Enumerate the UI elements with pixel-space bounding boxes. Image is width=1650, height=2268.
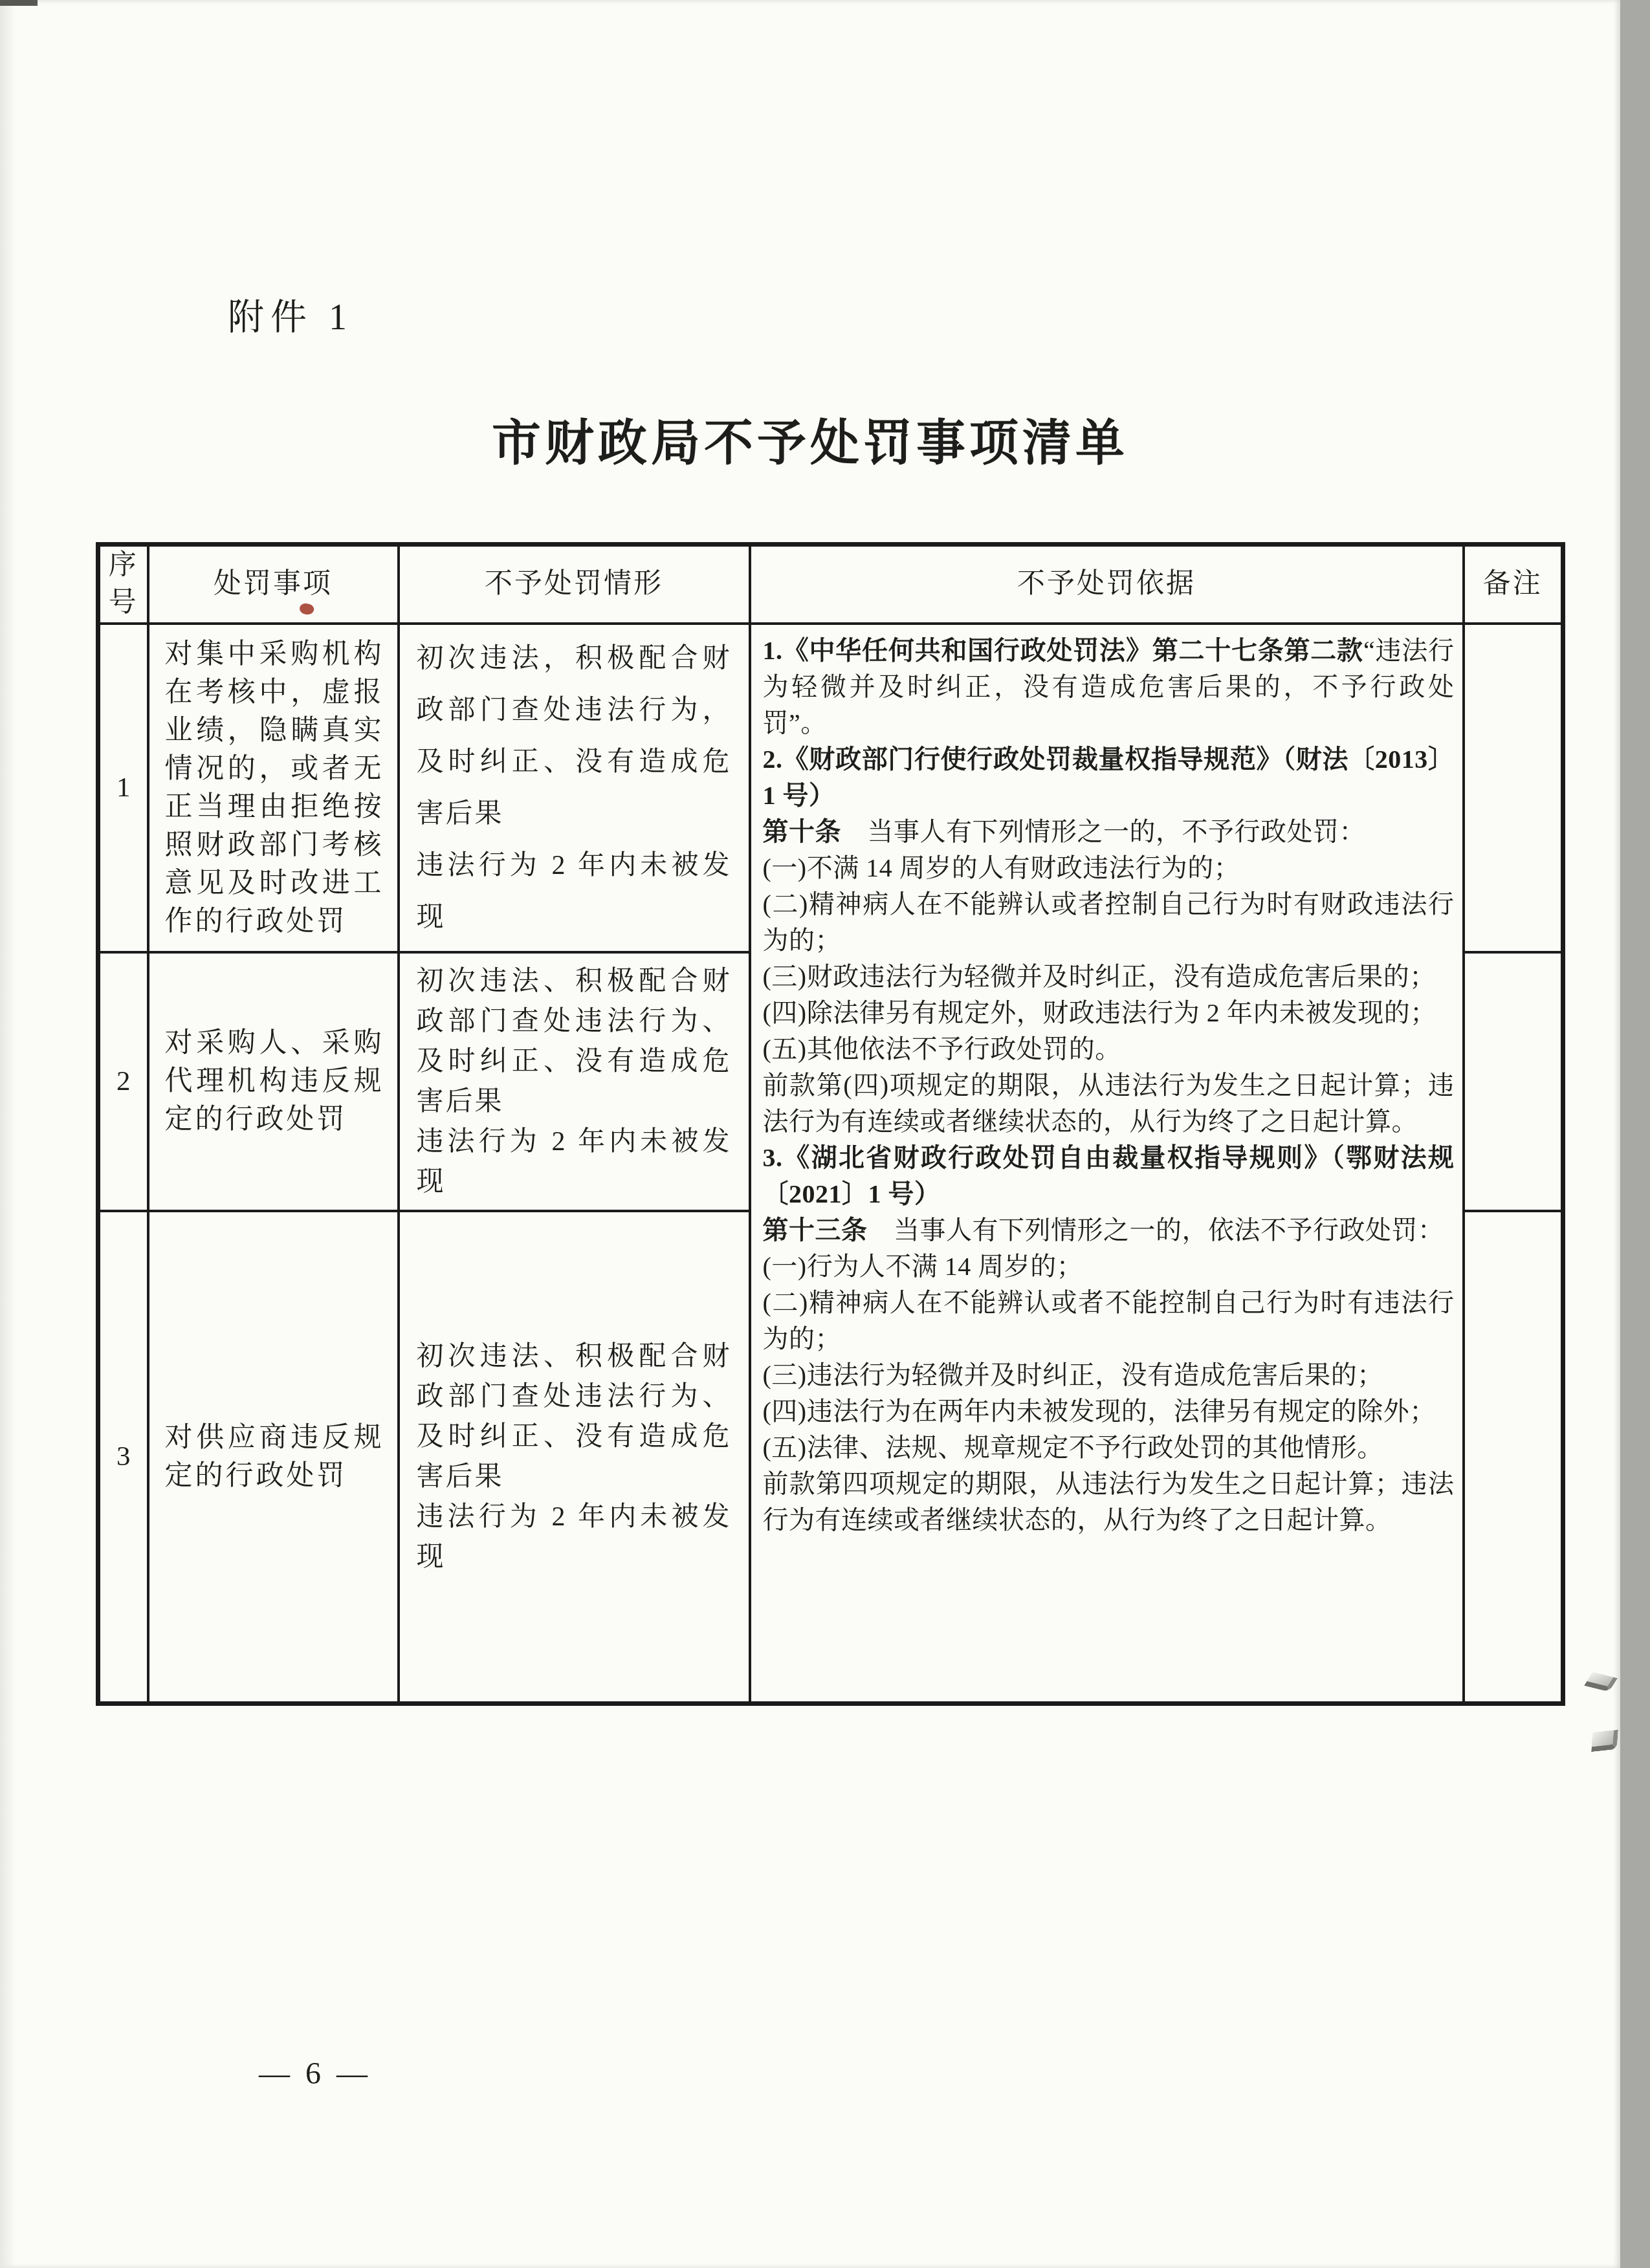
row-2-penalty-item: 对采购人、采购代理机构违反规定的行政处罚 (148, 952, 399, 1211)
legal-basis-paragraph: 第十三条 当事人有下列情形之一的，依法不予行政处罚： (763, 1212, 1455, 1248)
penalty-exemption-table: 序 号 处罚事项 不予处罚情形 不予处罚依据 备注 1 对集中采购机构在考核中，… (96, 542, 1565, 1706)
legal-basis-paragraph: 3.《湖北省财政行政处罚自由裁量权指导规则》（鄂财法规〔2021〕1 号） (763, 1140, 1455, 1212)
row-2-penalty-item-text: 对采购人、采购代理机构违反规定的行政处罚 (165, 1024, 384, 1139)
page-number: — 6 — (259, 2056, 371, 2091)
header-item-label: 处罚事项 (214, 569, 333, 599)
row-1-index: 1 (98, 624, 148, 952)
row-1-remark (1464, 624, 1563, 952)
legal-basis-paragraph: 1.《中华任何共和国行政处罚法》第二十七条第二款“违法行为轻微并及时纠正，没有造… (763, 633, 1455, 741)
header-cell-remark: 备注 (1464, 545, 1563, 624)
legal-basis-paragraph: (五)其他依法不予行政处罚的。 (763, 1031, 1455, 1067)
header-cell-index: 序 号 (98, 545, 148, 624)
document-title: 市财政局不予处罚事项清单 (0, 404, 1620, 474)
row-3-circumstance-line-1: 初次违法、积极配合财政部门查处违法行为、及时纠正、没有造成危害后果 (417, 1336, 732, 1497)
legal-basis-paragraph: 第十条 当事人有下列情形之一的，不予行政处罚： (763, 814, 1455, 850)
row-3-penalty-item: 对供应商违反规定的行政处罚 (148, 1211, 399, 1704)
legal-basis-paragraph: (二)精神病人在不能辨认或者不能控制自己行为时有违法行为的； (763, 1285, 1455, 1357)
legal-basis-cell: 1.《中华任何共和国行政处罚法》第二十七条第二款“违法行为轻微并及时纠正，没有造… (750, 624, 1464, 1704)
attachment-label: 附件 1 (228, 289, 353, 340)
row-3-penalty-item-text: 对供应商违反规定的行政处罚 (165, 1419, 384, 1495)
legal-basis-paragraph: (四)违法行为在两年内未被发现的，法律另有规定的除外； (763, 1393, 1455, 1430)
legal-basis-paragraph: 2.《财政部门行使行政处罚裁量权指导规范》（财法〔2013〕1 号） (763, 741, 1455, 814)
legal-basis-paragraph: (一)不满 14 周岁的人有财政违法行为的； (763, 850, 1455, 886)
header-circumstance-label: 不予处罚情形 (485, 569, 663, 599)
scan-corner-mark (0, 0, 38, 6)
row-1-circumstance: 初次违法，积极配合财政部门查处违法行为，及时纠正、没有造成危害后果 违法行为 2… (399, 624, 750, 952)
legal-basis-paragraph: (一)行为人不满 14 周岁的； (763, 1248, 1455, 1285)
table-row: 1 对集中采购机构在考核中，虚报业绩，隐瞒真实情况的，或者无正当理由拒绝按照财政… (98, 624, 1563, 952)
legal-basis-text: 1.《中华任何共和国行政处罚法》第二十七条第二款“违法行为轻微并及时纠正，没有造… (763, 633, 1455, 1538)
row-1-penalty-item: 对集中采购机构在考核中，虚报业绩，隐瞒真实情况的，或者无正当理由拒绝按照财政部门… (148, 624, 399, 952)
row-3-index: 3 (98, 1211, 148, 1704)
header-index-label: 序 号 (109, 550, 138, 618)
legal-basis-paragraph: (四)除法律另有规定外，财政违法行为 2 年内未被发现的； (763, 995, 1455, 1031)
legal-basis-paragraph: 前款第四项规定的期限，从违法行为发生之日起计算；违法行为有连续或者继续状态的，从… (763, 1466, 1455, 1538)
legal-basis-paragraph: (二)精神病人在不能辨认或者控制自己行为时有财政违法行为的； (763, 886, 1455, 959)
row-2-circumstance-line-1: 初次违法、积极配合财政部门查处违法行为、及时纠正、没有造成危害后果 (417, 961, 732, 1122)
row-3-remark (1464, 1211, 1563, 1704)
row-2-index: 2 (98, 952, 148, 1211)
header-cell-item: 处罚事项 (148, 545, 399, 624)
row-1-circumstance-line-2: 违法行为 2 年内未被发现 (417, 840, 732, 943)
row-2-circumstance: 初次违法、积极配合财政部门查处违法行为、及时纠正、没有造成危害后果 违法行为 2… (399, 952, 750, 1211)
red-ink-dot (298, 602, 314, 616)
header-cell-basis: 不予处罚依据 (750, 545, 1464, 624)
header-basis-label: 不予处罚依据 (1017, 569, 1196, 599)
row-2-remark (1464, 952, 1563, 1211)
header-remark-label: 备注 (1483, 569, 1543, 599)
legal-basis-paragraph: 前款第(四)项规定的期限，从违法行为发生之日起计算；违法行为有连续或者继续状态的… (763, 1067, 1455, 1140)
legal-basis-paragraph: (三)违法行为轻微并及时纠正，没有造成危害后果的； (763, 1357, 1455, 1393)
row-1-penalty-item-text: 对集中采购机构在考核中，虚报业绩，隐瞒真实情况的，或者无正当理由拒绝按照财政部门… (165, 635, 384, 941)
row-3-circumstance-line-2: 违法行为 2 年内未被发现 (417, 1497, 732, 1577)
legal-basis-paragraph: (五)法律、法规、规章规定不予行政处罚的其他情形。 (763, 1430, 1455, 1466)
table-header-row: 序 号 处罚事项 不予处罚情形 不予处罚依据 备注 (98, 545, 1563, 624)
scanned-page: 附件 1 市财政局不予处罚事项清单 序 号 处罚事项 不予处罚情形 不予处罚依据… (0, 0, 1650, 2268)
row-1-circumstance-line-1: 初次违法，积极配合财政部门查处违法行为，及时纠正、没有造成危害后果 (417, 633, 732, 840)
legal-basis-paragraph: (三)财政违法行为轻微并及时纠正，没有造成危害后果的； (763, 959, 1455, 995)
row-2-circumstance-line-2: 违法行为 2 年内未被发现 (417, 1122, 732, 1202)
paper-sheet: 附件 1 市财政局不予处罚事项清单 序 号 处罚事项 不予处罚情形 不予处罚依据… (0, 0, 1620, 2268)
row-3-circumstance: 初次违法、积极配合财政部门查处违法行为、及时纠正、没有造成危害后果 违法行为 2… (399, 1211, 750, 1704)
header-cell-circumstance: 不予处罚情形 (399, 545, 750, 624)
